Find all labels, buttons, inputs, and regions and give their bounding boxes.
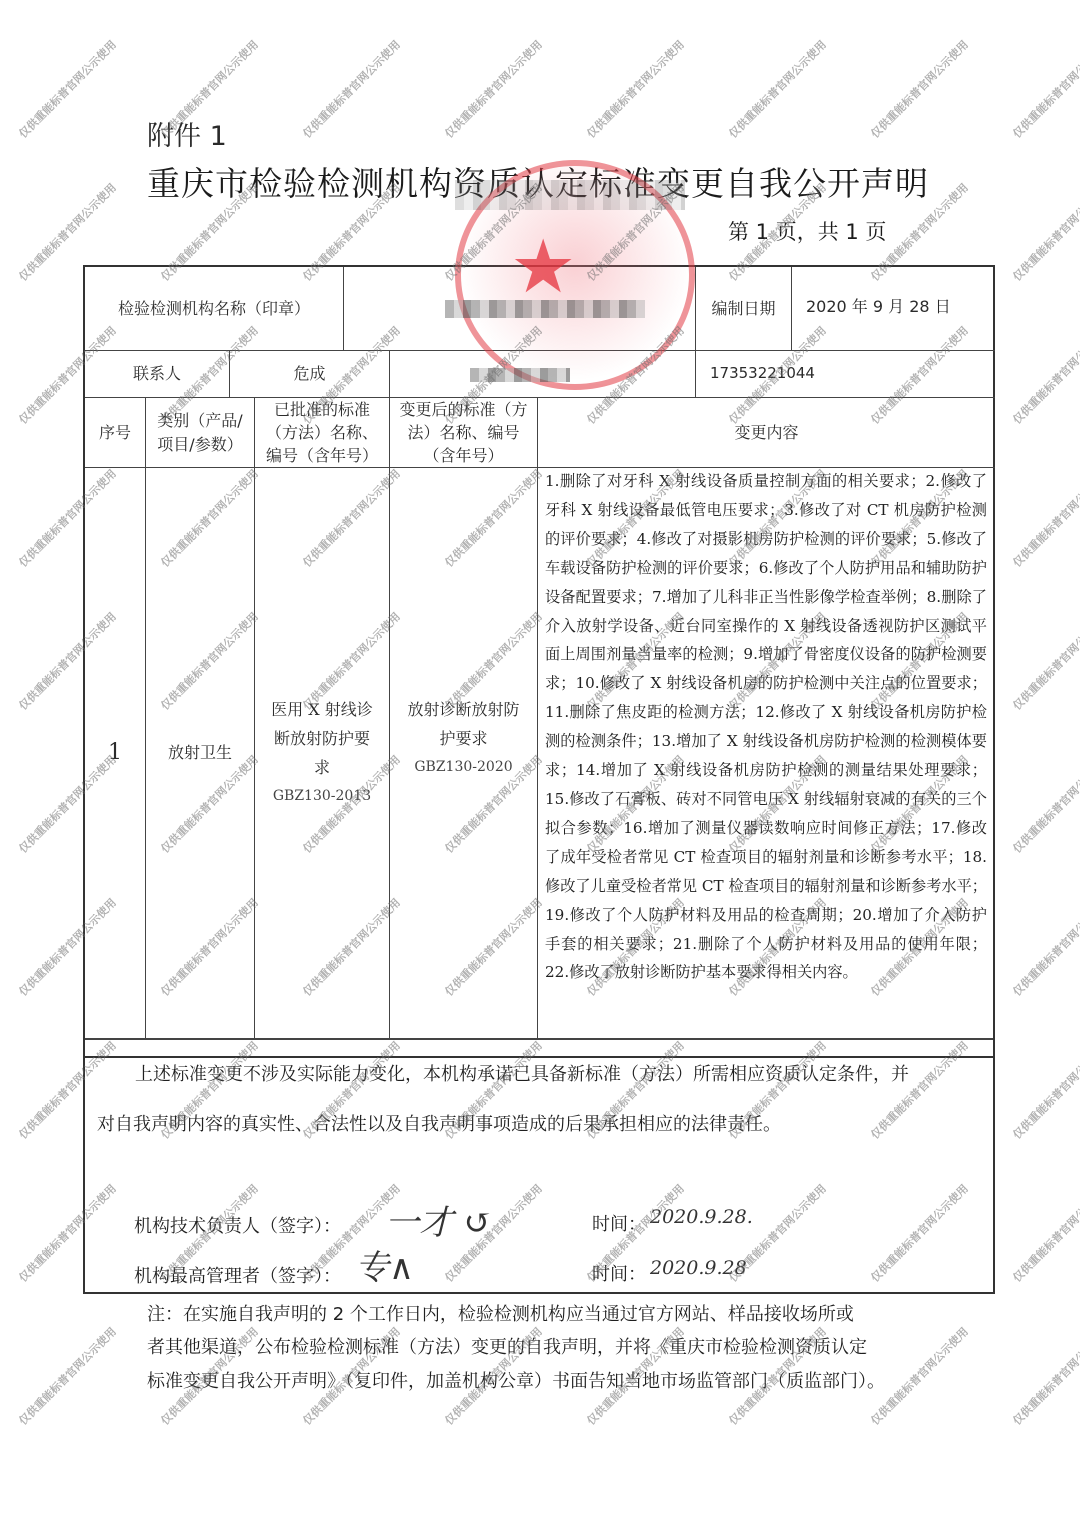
phone-value: 17353221044 — [696, 351, 995, 398]
watermark-text: 仅供重能标普官网公示使用 — [299, 37, 404, 142]
row-seq: 1 — [85, 468, 146, 1040]
manager-signature-label: 机构最高管理者（签字）： — [134, 1262, 341, 1288]
watermark-text: 仅供重能标普官网公示使用 — [1009, 609, 1080, 714]
org-name-label-text: 检验检测机构名称（印章） — [118, 297, 310, 320]
date-value-text: 2020 年 9 月 28 日 — [806, 295, 951, 318]
header-category: 类别（产品/项目/参数） — [146, 398, 255, 468]
row-changed: 放射诊断放射防护要求 GBZ130-2020 — [390, 468, 538, 1040]
tech-signature: 一才 ↺ — [385, 1195, 492, 1244]
watermark-text: 仅供重能标普官网公示使用 — [1009, 180, 1080, 285]
attachment-label: 附件 1 — [147, 114, 227, 153]
watermark-text: 仅供重能标普官网公示使用 — [1009, 37, 1080, 142]
declaration-line-1: 上述标准变更不涉及实际能力变化，本机构承诺已具备新标准（方法）所需相应资质认定条… — [135, 1060, 909, 1086]
redacted-phone-label — [470, 368, 570, 382]
row-approved-name: 医用 X 射线诊断放射防护要求 — [269, 695, 375, 782]
watermark-text: 仅供重能标普官网公示使用 — [1009, 752, 1080, 857]
change-content: 1.删除了对牙科 X 射线设备质量控制方面的相关要求；2.修改了牙科 X 射线设… — [545, 467, 987, 987]
page-info: 第 1 页，共 1 页 — [728, 216, 886, 246]
org-name-label: 检验检测机构名称（印章） — [85, 267, 344, 351]
contact-label-text: 联系人 — [133, 362, 181, 385]
row-changed-name: 放射诊断放射防护要求 — [404, 695, 523, 753]
row-category-text: 放射卫生 — [168, 741, 232, 764]
header-seq: 序号 — [85, 398, 146, 468]
header-content: 变更内容 — [538, 398, 995, 468]
declaration-line-2: 对自我声明内容的真实性、合法性以及自我声明事项造成的后果承担相应的法律责任。 — [97, 1110, 781, 1136]
tech-signature-label: 机构技术负责人（签字）： — [134, 1212, 341, 1238]
redacted-title-block — [455, 180, 685, 210]
note-line-3: 标准变更自我公开声明》（复印件，加盖机构公章）书面告知当地市场监管部门（质监部门… — [147, 1366, 947, 1397]
watermark-text: 仅供重能标普官网公示使用 — [1009, 466, 1080, 571]
watermark-text: 仅供重能标普官网公示使用 — [1009, 1181, 1080, 1286]
tech-time-value: 2020.9.28. — [650, 1206, 753, 1228]
row-seq-text: 1 — [108, 737, 122, 769]
header-content-text: 变更内容 — [734, 421, 798, 444]
row-approved: 医用 X 射线诊断放射防护要求 GBZ130-2013 — [255, 468, 390, 1040]
row-changed-code: GBZ130-2020 — [414, 753, 512, 782]
manager-time-label: 时间： — [592, 1260, 646, 1286]
tech-time-label: 时间： — [592, 1210, 646, 1236]
watermark-text: 仅供重能标普官网公示使用 — [1009, 1324, 1080, 1429]
manager-time-value: 2020.9.28 — [650, 1257, 747, 1279]
header-approved-text: 已批准的标准（方法）名称、编号（含年号） — [261, 398, 383, 468]
note-line-2: 者其他渠道，公布检验检测标准（方法）变更的自我声明，并将《重庆市检验检测资质认定 — [147, 1332, 947, 1363]
header-category-text: 类别（产品/项目/参数） — [152, 409, 248, 455]
watermark-text: 仅供重能标普官网公示使用 — [583, 37, 688, 142]
header-approved: 已批准的标准（方法）名称、编号（含年号） — [255, 398, 390, 468]
stamp-star-icon: ★ — [510, 230, 576, 304]
watermark-text: 仅供重能标普官网公示使用 — [867, 37, 972, 142]
contact-value-text: 危成 — [293, 362, 325, 385]
manager-signature: 专∧ — [355, 1240, 414, 1289]
redacted-org-name — [445, 300, 645, 318]
watermark-text: 仅供重能标普官网公示使用 — [1009, 895, 1080, 1000]
header-changed: 变更后的标准（方法）名称、编号（含年号） — [390, 398, 538, 468]
watermark-text: 仅供重能标普官网公示使用 — [15, 37, 120, 142]
watermark-text: 仅供重能标普官网公示使用 — [1009, 323, 1080, 428]
date-value: 2020 年 9 月 28 日 — [792, 267, 995, 351]
watermark-text: 仅供重能标普官网公示使用 — [15, 1324, 120, 1429]
note-line-1: 注：在实施自我声明的 2 个工作日内，检验检测机构应当通过官方网站、样品接收场所… — [147, 1299, 947, 1330]
date-label-text: 编制日期 — [711, 297, 775, 320]
row-category: 放射卫生 — [146, 468, 255, 1040]
phone-value-text: 17353221044 — [710, 363, 815, 385]
row-approved-code: GBZ130-2013 — [273, 782, 371, 811]
watermark-text: 仅供重能标普官网公示使用 — [1009, 1038, 1080, 1143]
watermark-text: 仅供重能标普官网公示使用 — [441, 37, 546, 142]
contact-label: 联系人 — [85, 351, 230, 398]
header-seq-text: 序号 — [99, 421, 131, 444]
date-label: 编制日期 — [696, 267, 792, 351]
contact-value: 危成 — [230, 351, 390, 398]
watermark-text: 仅供重能标普官网公示使用 — [725, 37, 830, 142]
header-changed-text: 变更后的标准（方法）名称、编号（含年号） — [398, 398, 529, 468]
